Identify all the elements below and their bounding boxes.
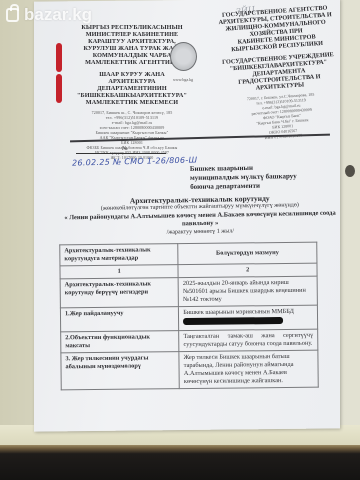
reference-date-line: [76, 153, 166, 154]
header-line: "БИШКЕКБАШКЫАРХИТЕКТУРА": [72, 92, 192, 99]
dark-foreground: [0, 445, 360, 480]
header-right-russian: ГОСУДАРСТВЕННОЕ АГЕНТСТВО АРХИТЕКТУРЫ, С…: [210, 4, 349, 144]
row-value: Таңгакталган тамак-аш жана сергитүүчү су…: [179, 329, 318, 351]
row-label: Архитектуралык-техникалык корутунду берү…: [60, 278, 179, 308]
header-cell: Бөлүктөрдүн мазмуну: [178, 242, 317, 264]
header-line: МАМЛЕКЕТТИК МЕКЕМЕСИ: [72, 99, 192, 106]
header-line: КАРАШТУУ АРХИТЕКТУРА,: [72, 38, 192, 45]
red-marker-stripe: [56, 43, 62, 105]
reference-number-label: №: [122, 146, 128, 152]
table-row: 1.Жер пайдалануучу Бишкек шаарынын мэрия…: [60, 305, 317, 332]
background-object: [345, 165, 355, 177]
row-label: 3. Жер тилкесинин учурдагы абалынын мүнө…: [61, 352, 180, 390]
document-title-block: Архитектуралык-техникалык корутунду (жөн…: [60, 193, 341, 238]
specification-table: Архитектуралык-техникалык корутундуга ма…: [59, 242, 319, 391]
row-value-cell: Бишкек шаарынын мэриясынын ММББД: [179, 305, 318, 330]
addressee-line: боюнча департаменти: [190, 181, 297, 192]
watermark: bazar.kg: [6, 5, 92, 25]
row-value: 2025-жылдын 20-январь айында кириш №5016…: [178, 276, 317, 306]
addressee-block: Бишкек шаарынын муниципалдык мүлктү башк…: [190, 163, 297, 192]
header-line: МИНИСТРЛЕР КАБИНЕТИНЕ: [72, 31, 192, 38]
kyrgyz-emblem-icon: [170, 42, 197, 71]
watermark-brand: bazar.kg: [24, 5, 92, 25]
row-value: Жер тилкеси Бишкек шаарынын батыш тарабы…: [179, 350, 318, 388]
row-label: 2.Объекттин функционалдык максаты: [61, 331, 179, 353]
table-header-row: Архитектуралык-техникалык корутундуга ма…: [60, 242, 317, 266]
table-row: 3. Жер тилкесинин учурдагы абалынын мүнө…: [61, 350, 318, 390]
header-line: КЫРГЫЗ РЕСПУБЛИКАСЫНЫН: [72, 24, 192, 31]
header-line: ДЕПАРТАМЕНТИНИН: [72, 85, 192, 92]
shopping-bag-icon: [6, 8, 19, 22]
row-label: 1.Жер пайдалануучу: [60, 307, 178, 332]
table-row: Архитектуралык-техникалык корутунду берү…: [60, 276, 317, 308]
column-number: 1: [60, 265, 178, 279]
table-row: 2.Объекттин функционалдык максаты Таңгак…: [61, 329, 318, 353]
header-cell: Архитектуралык-техникалык корутундуга ма…: [60, 244, 178, 266]
website-text: www.bga.kg: [173, 77, 193, 82]
row-value: Бишкек шаарынын мэриясынын ММББД: [183, 308, 313, 317]
redaction-bar: [183, 317, 283, 325]
